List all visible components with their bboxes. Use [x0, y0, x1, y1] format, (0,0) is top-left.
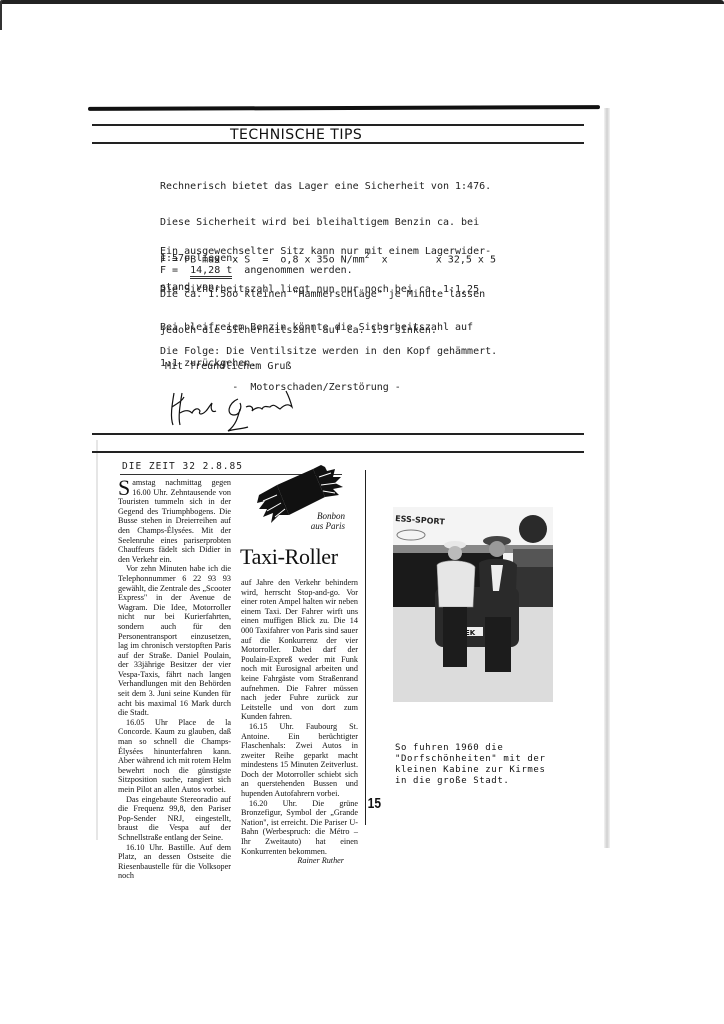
- vintage-photo: ESS-SPORT EK: [393, 507, 553, 702]
- article-paragraph: 16.10 Uhr. Bastille. Auf dem Platz, an d…: [118, 843, 231, 881]
- article-paragraph: auf Jahre den Verkehr behindern wird, he…: [241, 578, 358, 722]
- title-rule-bottom: [92, 142, 584, 144]
- result-line: F = 14,28 t angenommen werden.: [160, 265, 353, 277]
- page-number: 15: [368, 795, 381, 812]
- article-author: Rainer Ruther: [241, 856, 358, 866]
- article-paragraph: Vor zehn Minuten habe ich die Telephonnu…: [118, 564, 231, 718]
- page-left-edge: [96, 440, 98, 840]
- article-paragraph: 16.05 Uhr Place de la Concorde. Kaum zu …: [118, 718, 231, 795]
- article-paragraph: Samstag nachmittag gegen 16.00 Uhr. Zehn…: [118, 478, 231, 564]
- clipping-source: DIE ZEIT 32 2.8.85: [122, 461, 243, 472]
- section-title: TECHNISCHE TIPS: [230, 127, 362, 143]
- title-rule-top: [92, 124, 584, 126]
- letter-paragraph-3: Die Sicherheitszahl liegt nun nur noch b…: [160, 284, 479, 296]
- photo-scene: ESS-SPORT EK: [393, 507, 553, 702]
- article-headline: Taxi-Roller: [240, 544, 338, 570]
- column-divider: [365, 470, 366, 825]
- result-value: 14,28 t: [190, 265, 232, 279]
- article-subtitle: Bonbon aus Paris: [305, 511, 345, 531]
- scan-border-left: [0, 0, 2, 30]
- article-column-2: auf Jahre den Verkehr behindern wird, he…: [241, 578, 358, 866]
- page-right-edge: [604, 108, 610, 848]
- closing: Mit freundlichem Gruß: [165, 361, 291, 373]
- section-divider-1: [92, 433, 584, 435]
- article-paragraph: 16.20 Uhr. Die grüne Bronzefigur, Symbol…: [241, 799, 358, 857]
- page-top-edge: [88, 105, 600, 111]
- scan-border-top: [0, 0, 724, 4]
- signature: [168, 385, 328, 435]
- formula-line: F = FB max x S = o,8 x 35o N/mm2 x x 32,…: [160, 250, 496, 266]
- photo-caption: So fuhren 1960 die "Dorfschönheiten" mit…: [395, 743, 545, 787]
- article-paragraph: 16.15 Uhr. Faubourg St. Antoine. Ein ber…: [241, 722, 358, 799]
- section-divider-2: [92, 451, 584, 453]
- drop-cap: S: [118, 479, 130, 496]
- article-paragraph: Das eingebaute Stereoradio auf die Frequ…: [118, 795, 231, 843]
- article-column-1: Samstag nachmittag gegen 16.00 Uhr. Zehn…: [118, 478, 231, 881]
- letter-line: Rechnerisch bietet das Lager eine Sicher…: [160, 181, 491, 193]
